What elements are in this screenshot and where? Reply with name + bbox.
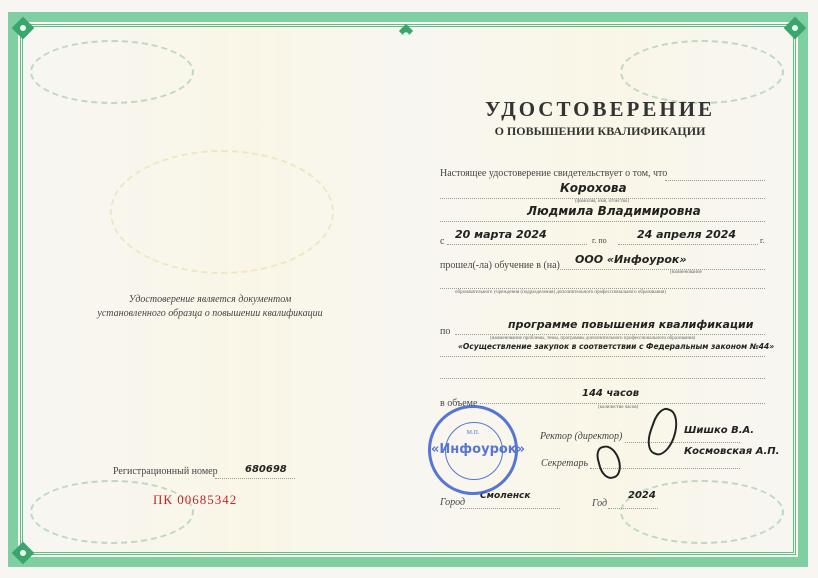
program-line (455, 334, 765, 335)
stamp-org: «Инфоурок» (431, 442, 515, 457)
stamp-mp: М.П. (431, 430, 515, 436)
year-line (608, 508, 658, 509)
date-from: 20 марта 2024 (455, 228, 547, 241)
validity-note: Удостоверение является документом устано… (60, 293, 360, 321)
year-label: Год (592, 498, 607, 509)
watermark-pattern (110, 150, 334, 274)
serial-number: ПК 00685342 (153, 492, 237, 508)
program-type: программе повышения квалификации (508, 318, 753, 331)
given-names-line (440, 221, 765, 222)
organization-line-2 (440, 288, 765, 289)
city-label: Город (440, 497, 465, 508)
program-name-line (440, 356, 765, 357)
official-stamp: М.П. «Инфоурок» (428, 405, 518, 495)
certificate-title: УДОСТОВЕРЕНИЕ (430, 97, 770, 122)
to-prefix: г. по (592, 236, 607, 245)
program-caption: (наименование проблемы, темы, программы … (490, 336, 695, 341)
rector-name: Шишко В.А. (684, 425, 754, 436)
guilloche-ornament (30, 480, 194, 544)
intro-text: Настоящее удостоверение свидетельствует … (440, 168, 667, 179)
organization: ООО «Инфоурок» (575, 253, 687, 266)
date-to-line (618, 244, 758, 245)
guilloche-ornament (30, 40, 194, 104)
hours-caption: (количество часов) (598, 405, 638, 410)
trained-label: прошел(-ла) обучение в (на) (440, 260, 560, 271)
by-label: по (440, 326, 450, 337)
org-caption-2: образовательного учреждения (подразделен… (455, 290, 666, 295)
org-caption-1: (наименование (670, 270, 702, 275)
given-names: Людмила Владимировна (527, 204, 701, 218)
certificate-subtitle: О ПОВЫШЕНИИ КВАЛИФИКАЦИИ (430, 124, 770, 139)
from-prefix: с (440, 236, 444, 247)
hours-line (480, 403, 765, 404)
secretary-name: Космовская А.П. (684, 446, 779, 457)
surname: Корохова (560, 181, 627, 195)
certificate-sheet: Удостоверение является документом устано… (0, 0, 818, 578)
secretary-label: Секретарь (541, 458, 588, 469)
organization-line (560, 269, 765, 270)
blank-line (440, 378, 765, 379)
date-to: 24 апреля 2024 (637, 228, 736, 241)
hours: 144 часов (582, 388, 639, 399)
reg-number-label: Регистрационный номер (113, 466, 218, 477)
program-name: «Осуществление закупок в соответствии с … (458, 342, 774, 351)
note-line-1: Удостоверение является документом (60, 293, 360, 307)
year-suffix: г. (760, 236, 764, 245)
rector-line (625, 442, 740, 443)
year: 2024 (628, 490, 656, 501)
guilloche-ornament (620, 40, 784, 104)
rector-label: Ректор (директор) (540, 431, 622, 442)
intro-line (665, 180, 765, 181)
city-line (460, 508, 560, 509)
reg-number-line (215, 478, 295, 479)
date-from-line (447, 244, 587, 245)
note-line-2: установленного образца о повышении квали… (60, 307, 360, 321)
reg-number: 680698 (245, 464, 287, 475)
